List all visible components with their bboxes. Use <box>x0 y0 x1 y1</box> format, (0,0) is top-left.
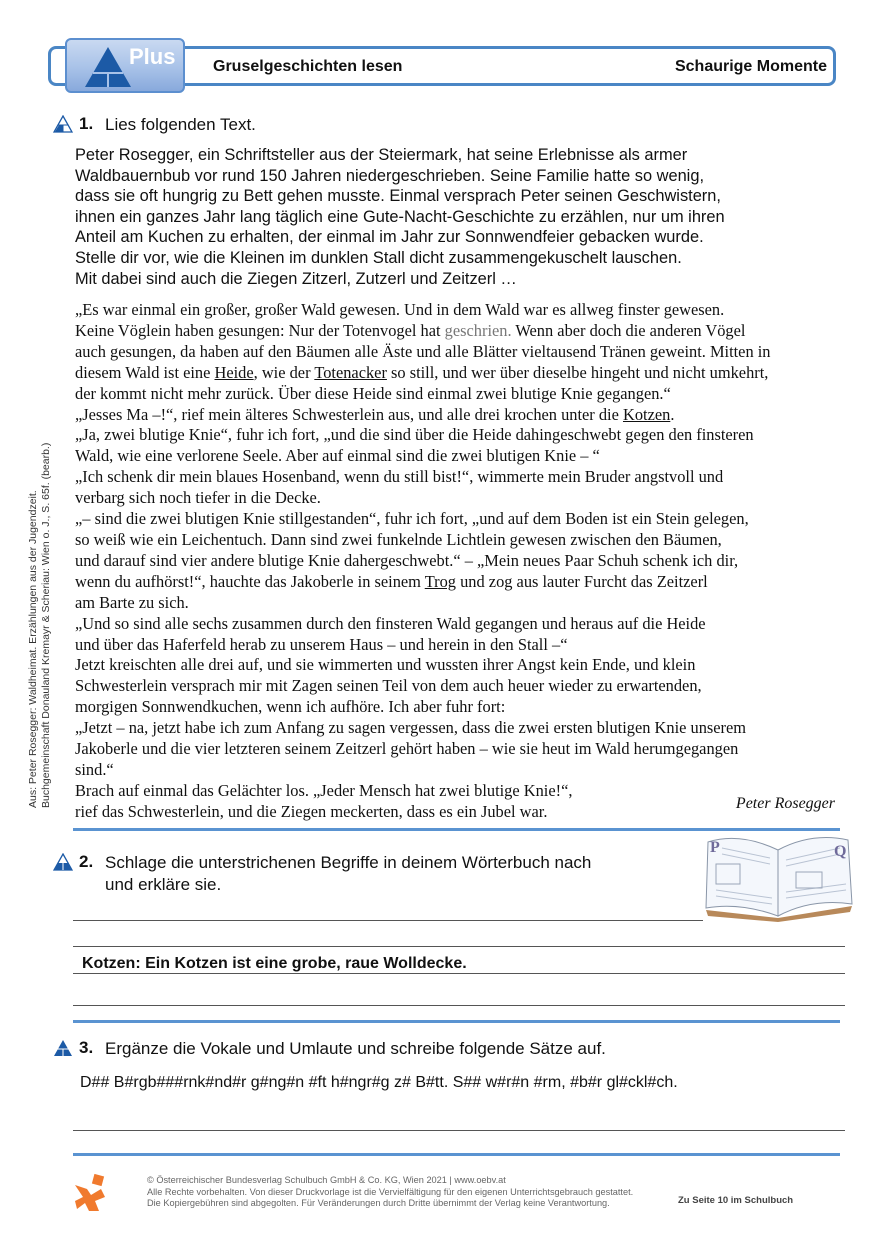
book-letter-p: P <box>710 839 720 856</box>
story-line: diesem Wald ist eine Heide, wie der Tote… <box>75 363 845 384</box>
answer-line[interactable] <box>73 920 703 921</box>
task-number: 3. <box>79 1038 105 1058</box>
vowel-puzzle-sentence: D## B#rgb###rnk#nd#r g#ng#n #ft h#ngr#g … <box>80 1074 678 1092</box>
highlighted-word: geschrien. <box>445 321 512 340</box>
footer-divider <box>73 1153 840 1156</box>
worksheet-title: Gruselgeschichten lesen <box>213 58 402 76</box>
answer-line[interactable] <box>73 946 845 947</box>
story-fragment: Wenn aber doch die anderen Vögel <box>512 321 746 340</box>
task-number: 2. <box>79 852 105 872</box>
intro-line: Anteil am Kuchen zu erhalten, der einmal… <box>75 227 835 248</box>
story-line: „Jetzt – na, jetzt habe ich zum Anfang z… <box>75 718 845 739</box>
story-line: rief das Schwesterlein, und die Ziegen m… <box>75 802 845 823</box>
level-1-pyramid-icon <box>53 115 73 133</box>
story-line: auch gesungen, da haben auf den Bäumen a… <box>75 342 845 363</box>
task-instruction: Schlage die unterstrichenen Begriffe in … <box>105 852 591 896</box>
story-line: wenn du aufhörst!“, hauchte das Jakoberl… <box>75 572 845 593</box>
source-citation: Aus: Peter Rosegger: Waldheimat. Erzählu… <box>27 443 52 808</box>
copyright-line: Die Kopiergebühren sind abgegolten. Für … <box>147 1198 633 1210</box>
copyright-line: © Österreichischer Bundesverlag Schulbuc… <box>147 1175 633 1187</box>
answer-text: Kotzen: Ein Kotzen ist eine grobe, raue … <box>82 955 467 973</box>
story-line: „Ja, zwei blutige Knie“, fuhr ich fort, … <box>75 425 845 446</box>
worksheet-topic: Schaurige Momente <box>675 58 827 76</box>
story-line: Schwesterlein versprach mir mit Zagen se… <box>75 676 845 697</box>
story-line: „– sind die zwei blutigen Knie stillgest… <box>75 509 845 530</box>
task-instruction: Lies folgenden Text. <box>105 114 256 136</box>
plus-logo: Plus <box>65 38 185 93</box>
answer-line[interactable] <box>73 1005 845 1006</box>
intro-line: Stelle dir vor, wie die Kleinen im dunkl… <box>75 248 835 269</box>
story-fragment: . <box>670 405 674 424</box>
source-line: Aus: Peter Rosegger: Waldheimat. Erzählu… <box>27 443 40 808</box>
answer-line[interactable] <box>73 1130 845 1131</box>
story-line: am Barte zu sich. <box>75 593 845 614</box>
story-line: Jakoberle und die vier letzteren seinem … <box>75 739 845 760</box>
story-fragment: , wie der <box>254 363 315 382</box>
publisher-logo-icon <box>73 1173 111 1213</box>
story-line: so weiß wie ein Leichentuch. Dann sind z… <box>75 530 845 551</box>
story-line: morgigen Sonnwendkuchen, wenn ich aufhör… <box>75 697 845 718</box>
task-1-heading: 1. Lies folgenden Text. <box>53 114 256 136</box>
copyright-line: Alle Rechte vorbehalten. Von dieser Druc… <box>147 1187 633 1199</box>
copyright-notice: © Österreichischer Bundesverlag Schulbuc… <box>147 1175 633 1210</box>
level-3-pyramid-icon <box>53 1039 73 1057</box>
intro-paragraph: Peter Rosegger, ein Schriftsteller aus d… <box>75 145 835 289</box>
story-fragment: diesem Wald ist eine <box>75 363 215 382</box>
story-line: Keine Vöglein haben gesungen: Nur der To… <box>75 321 845 342</box>
story-fragment: Keine Vöglein haben gesungen: Nur der To… <box>75 321 445 340</box>
answer-line[interactable] <box>73 973 845 974</box>
section-divider <box>73 828 840 831</box>
level-2-pyramid-icon <box>53 853 73 871</box>
intro-line: Mit dabei sind auch die Ziegen Zitzerl, … <box>75 269 835 290</box>
story-fragment: „Jesses Ma –!“, rief mein älteres Schwes… <box>75 405 623 424</box>
task-3-heading: 3. Ergänze die Vokale und Umlaute und sc… <box>53 1038 606 1060</box>
intro-line: Waldbauernbub vor rund 150 Jahren nieder… <box>75 166 835 187</box>
story-line: Wald, wie eine verlorene Seele. Aber auf… <box>75 446 845 467</box>
textbook-page-reference: Zu Seite 10 im Schulbuch <box>678 1195 793 1206</box>
story-line: der kommt nicht mehr zurück. Über diese … <box>75 384 845 405</box>
logo-label: Plus <box>129 44 175 70</box>
task-instruction: Ergänze die Vokale und Umlaute und schre… <box>105 1038 606 1060</box>
story-author: Peter Rosegger <box>736 795 835 813</box>
story-line: „Und so sind alle sechs zusammen durch d… <box>75 614 845 635</box>
section-divider <box>73 1020 840 1023</box>
story-line: „Ich schenk dir mein blaues Hosenband, w… <box>75 467 845 488</box>
story-text: „Es war einmal ein großer, großer Wald g… <box>75 300 845 823</box>
underlined-term-trog: Trog <box>425 572 456 591</box>
book-letter-q: Q <box>834 843 846 860</box>
instruction-line: Schlage die unterstrichenen Begriffe in … <box>105 853 591 872</box>
pyramid-icon <box>83 45 133 89</box>
intro-line: ihnen ein ganzes Jahr lang täglich eine … <box>75 207 835 228</box>
story-line: Jetzt kreischten alle drei auf, und sie … <box>75 655 845 676</box>
story-fragment: wenn du aufhörst!“, hauchte das Jakoberl… <box>75 572 425 591</box>
task-2-heading: 2. Schlage die unterstrichenen Begriffe … <box>53 852 591 896</box>
underlined-term-totenacker: Totenacker <box>314 363 387 382</box>
story-fragment: so still, und wer über dieselbe hingeht … <box>387 363 768 382</box>
story-line: sind.“ <box>75 760 845 781</box>
story-line: „Jesses Ma –!“, rief mein älteres Schwes… <box>75 405 845 426</box>
underlined-term-kotzen: Kotzen <box>623 405 670 424</box>
story-line: und über das Haferfeld herab zu unserem … <box>75 635 845 656</box>
task-number: 1. <box>79 114 105 134</box>
story-line: „Es war einmal ein großer, großer Wald g… <box>75 300 845 321</box>
underlined-term-heide: Heide <box>215 363 254 382</box>
intro-line: dass sie oft hungrig zu Bett gehen musst… <box>75 186 835 207</box>
dictionary-book-icon: P Q <box>700 832 858 922</box>
instruction-line: und erkläre sie. <box>105 875 221 894</box>
story-line: und darauf sind vier andere blutige Knie… <box>75 551 845 572</box>
source-line: Buchgemeinschaft Donauland Kremayr & Sch… <box>40 443 53 808</box>
intro-line: Peter Rosegger, ein Schriftsteller aus d… <box>75 145 835 166</box>
story-line: verbarg sich noch tiefer in die Decke. <box>75 488 845 509</box>
story-line: Brach auf einmal das Gelächter los. „Jed… <box>75 781 845 802</box>
story-fragment: und zog aus lauter Furcht das Zeitzerl <box>456 572 708 591</box>
